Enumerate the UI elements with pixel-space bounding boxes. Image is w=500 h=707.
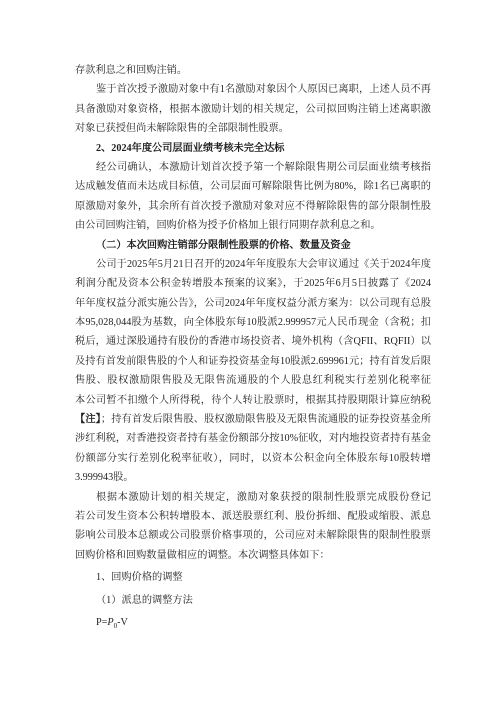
paragraph-line: 影响公司股本总额或公司股票价格事项的，公司应对未解除限售的限制性股票的: [75, 526, 431, 545]
paragraph-line: 3.999943股。: [75, 468, 431, 487]
list-item-1-1: （1）派息的调整方法: [75, 591, 431, 610]
paragraph-line: 经公司确认，本激励计划首次授予第一个解除限售期公司层面业绩考核指标: [75, 158, 431, 177]
section-heading-2: 2、2024年度公司层面业绩考核未完全达标: [75, 139, 431, 158]
paragraph-line: 根据本激励计划的相关规定，激励对象获授的限制性股票完成股份登记后，: [75, 488, 431, 507]
paragraph-line: 售股、股权激励限售股及无限售流通股的个人股息红利税实行差别化税率征收，: [75, 371, 431, 390]
list-item-1: 1、回购价格的调整: [75, 568, 431, 587]
formula-lhs: P=: [96, 617, 107, 628]
note-marker: 【注】: [75, 414, 101, 425]
paragraph-line: 公司于2025年5月21日召开的2024年年度股东大会审议通过《关于2024年度: [75, 255, 431, 274]
note-line: 【注】；持有首发后限售股、股权激励限售股及无限售流通股的证券投资基金所: [75, 410, 431, 429]
paragraph-line: 年年度权益分派实施公告》，公司2024年年度权益分派方案为：以公司现有总股: [75, 294, 431, 313]
paragraph-line: 存款利息之和回购注销。: [75, 61, 431, 80]
paragraph-line: 份额部分实行差别化税率征收），同时，以资本公积金向全体股东每10股转增: [75, 449, 431, 468]
paragraph-line: 利润分配及资本公积金转增股本预案的议案》，于2025年6月5日披露了《2024: [75, 274, 431, 293]
paragraph-line: 达成触发值而未达成目标值，公司层面可解除限售比例为80%，除1名已离职的: [75, 177, 431, 196]
formula-rhs: -V: [117, 617, 128, 628]
note-text: ；持有首发后限售股、股权激励限售股及无限售流通股的证券投资基金所: [101, 414, 431, 425]
paragraph-line: 本公司暂不扣缴个人所得税，待个人转让股票时，根据其持股期限计算应纳税额: [75, 391, 431, 410]
paragraph-line: 鉴于首次授予激励对象中有1名激励对象因个人原因已离职，上述人员不再: [75, 80, 431, 99]
paragraph-line: 本95,028,044股为基数，向全体股东每10股派2.999957元人民币现金…: [75, 313, 431, 332]
section-heading-ii: （二）本次回购注销部分限制性股票的价格、数量及资金: [75, 236, 431, 255]
paragraph-line: 由公司回购注销，回购价格为授予价格加上银行同期存款利息之和。: [75, 216, 431, 235]
paragraph-line: 涉红利税，对香港投资者持有基金份额部分按10%征收，对内地投资者持有基金: [75, 429, 431, 448]
paragraph-line: 原激励对象外，其余所有首次授予激励对象对应不得解除限售的部分限制性股票: [75, 197, 431, 216]
paragraph-line: 及持有首发前限售股的个人和证券投资基金每10股派2.699961元；持有首发后限: [75, 352, 431, 371]
paragraph-line: 具备激励对象资格，根据本激励计划的相关规定，公司拟回购注销上述离职激励: [75, 100, 431, 119]
paragraph-line: 回购价格和回购数量做相应的调整。本次调整具体如下：: [75, 546, 431, 565]
paragraph-line: 若公司发生资本公积转增股本、派送股票红利、股份拆细、配股或缩股、派息等: [75, 507, 431, 526]
paragraph-line: 税后，通过深股通持有股份的香港市场投资者、境外机构（含QFII、RQFII）以: [75, 332, 431, 351]
formula-line: P=P0-V: [75, 613, 431, 632]
document-page: 存款利息之和回购注销。 鉴于首次授予激励对象中有1名激励对象因个人原因已离职，上…: [0, 0, 500, 707]
document-body: 存款利息之和回购注销。 鉴于首次授予激励对象中有1名激励对象因个人原因已离职，上…: [75, 61, 431, 632]
paragraph-line: 对象已获授但尚未解除限售的全部限制性股票。: [75, 119, 431, 138]
